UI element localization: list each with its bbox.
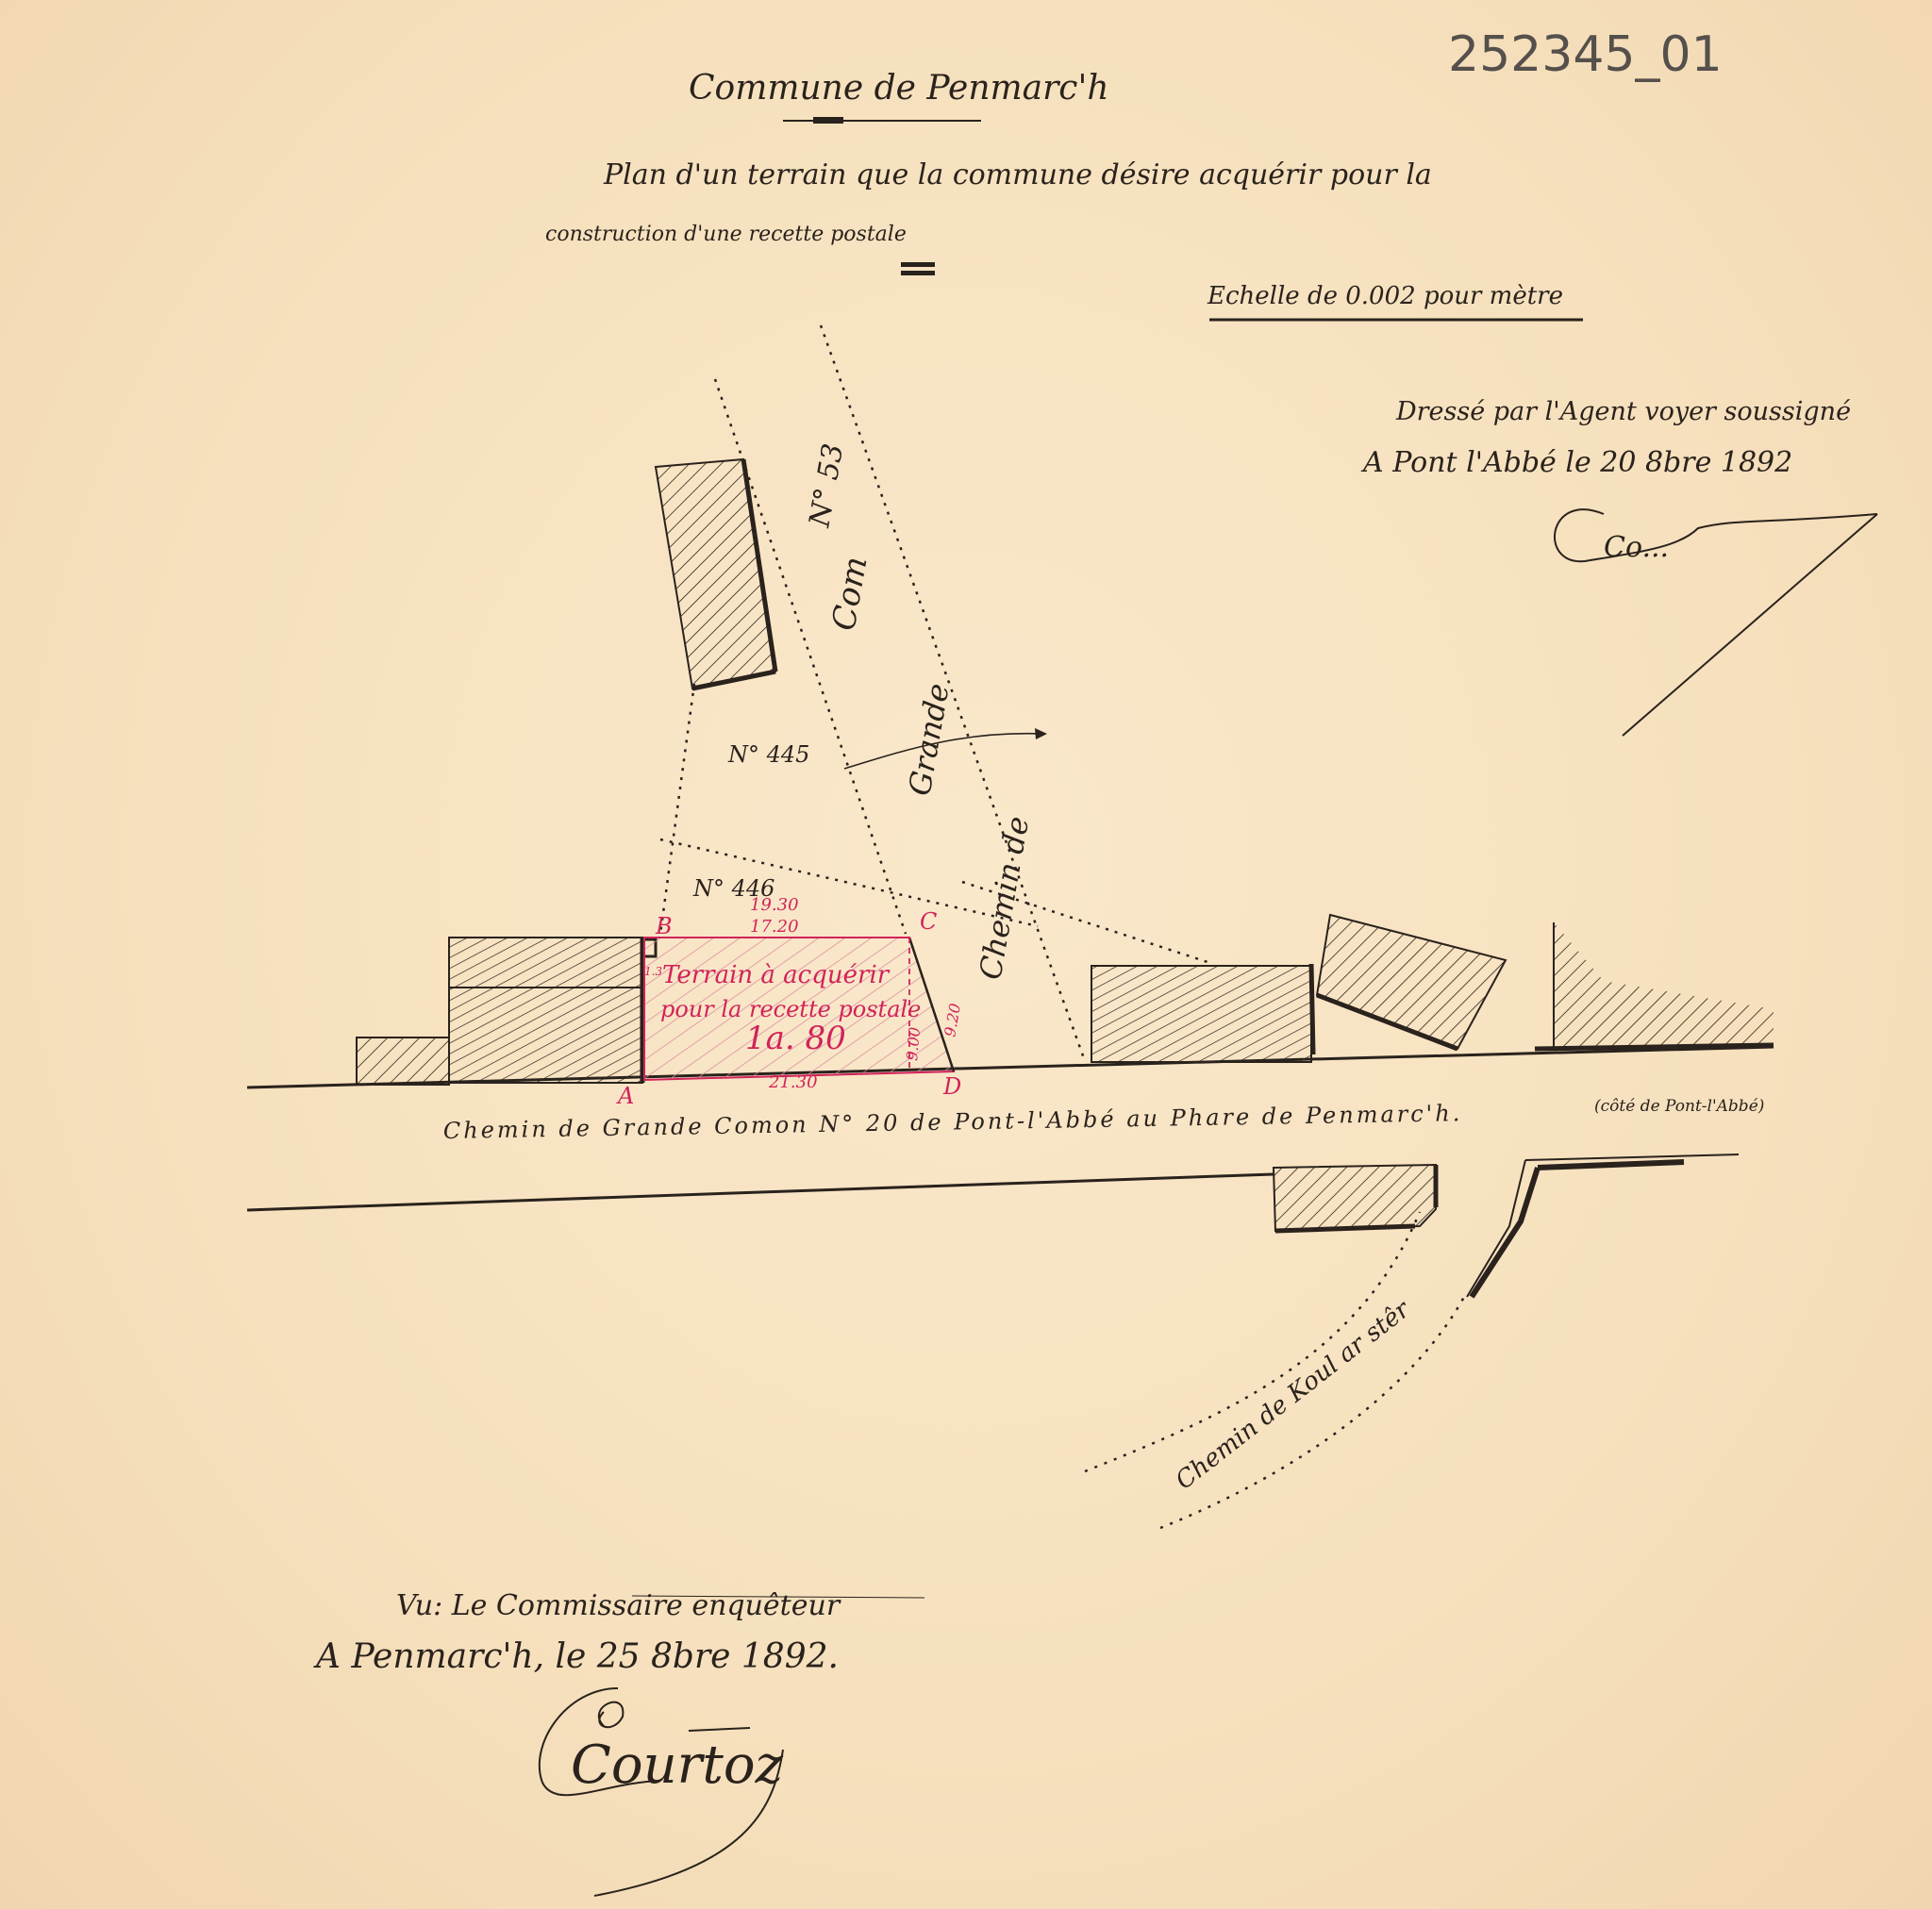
- surveyor-note-line-2: A Pont l'Abbé le 20 8bre 1892: [1360, 446, 1792, 479]
- header-underline-mark: [813, 117, 843, 124]
- wall-se-thin: [1525, 1154, 1739, 1160]
- scale-label: Echelle de 0.002 pour mètre: [1207, 282, 1563, 310]
- building-north: [656, 459, 775, 689]
- title-underline-mark-2: [901, 271, 935, 275]
- parcel-445: N° 445: [727, 741, 809, 768]
- svg-text:Courtoz: Courtoz: [571, 1735, 784, 1796]
- commissioner-signature: Courtoz: [540, 1688, 784, 1896]
- building-south: [1274, 1165, 1436, 1231]
- building-west-large: [449, 938, 642, 1083]
- lot-label-line-2: pour la recette postale: [660, 996, 921, 1022]
- dim-right-outer: 9.20: [941, 1002, 964, 1037]
- building-east-1: [1091, 966, 1311, 1062]
- main-road-south-edge: [247, 1174, 1274, 1210]
- main-road-side-label: (côté de Pont-l'Abbé): [1594, 1097, 1764, 1116]
- dim-bottom: 21.30: [768, 1072, 818, 1092]
- point-a: A: [616, 1083, 634, 1109]
- commissioner-line-1: Vu: Le Commissaire enquêteur: [396, 1589, 841, 1622]
- title-line-2: construction d'une recette postale: [545, 223, 907, 246]
- road-label-com: Com: [824, 554, 874, 633]
- cadastral-plan: Commune de Penmarc'h 252345_01 Plan d'un…: [0, 0, 1932, 1909]
- dim-right-inner: 9.00: [903, 1026, 924, 1061]
- arrow-head-icon: [1035, 728, 1047, 739]
- curved-road-south-edge: [1160, 1297, 1464, 1528]
- lot-area: 1a. 80: [745, 1020, 846, 1057]
- title-line-1: Plan d'un terrain que la commune désire …: [603, 158, 1432, 191]
- dim-left-small: 1.3: [644, 965, 662, 978]
- title-underline-mark: [901, 262, 935, 267]
- commissioner-line-2: A Penmarc'h, le 25 8bre 1892.: [313, 1637, 839, 1676]
- lot-label-line-1: Terrain à acquérir: [662, 961, 891, 989]
- header-commune: Commune de Penmarc'h: [689, 69, 1109, 108]
- wall-se-thick: [1538, 1162, 1684, 1168]
- surveyor-signature: Co...: [1555, 509, 1877, 736]
- dim-top-outer: 19.30: [750, 895, 799, 915]
- point-b: B: [655, 913, 673, 939]
- svg-text:Co...: Co...: [1604, 531, 1669, 564]
- point-d: D: [942, 1073, 961, 1100]
- point-c: C: [920, 908, 937, 935]
- road-label-num: N° 53: [803, 441, 850, 531]
- surveyor-note-line-1: Dressé par l'Agent voyer soussigné: [1395, 397, 1851, 426]
- road-label-grande: Grande: [901, 681, 956, 799]
- building-west-small: [357, 1037, 449, 1085]
- main-road-label: Chemin de Grande Comon N° 20 de Pont-l'A…: [443, 1100, 1463, 1144]
- building-east-3: [1554, 922, 1774, 1049]
- curved-road-label: Chemin de Koul ar stêr: [1171, 1295, 1417, 1496]
- archive-reference: 252345_01: [1448, 26, 1723, 83]
- dim-top-inner: 17.20: [750, 917, 799, 937]
- building-east-1-edge: [1311, 964, 1313, 1054]
- road-label-chemin-de: Chemin de: [972, 814, 1036, 983]
